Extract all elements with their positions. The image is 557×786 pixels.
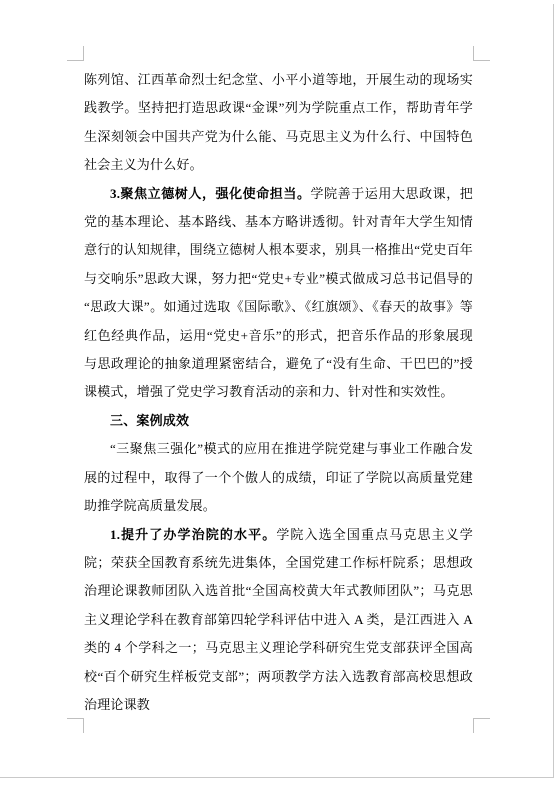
text-run: 陈列馆、江西革命烈士纪念堂、小平小道等地，开展生动的现场实践教学。坚持把打造思政… xyxy=(84,72,473,172)
paragraph: 1.提升了办学治院的水平。学院入选全国重点马克思主义学院；荣获全国教育系统先进集… xyxy=(84,521,473,720)
page-edge-bottom xyxy=(0,777,554,778)
crop-mark-top-left xyxy=(67,46,84,61)
document-page: 陈列馆、江西革命烈士纪念堂、小平小道等地，开展生动的现场实践教学。坚持把打造思政… xyxy=(0,0,557,786)
text-run: 学院入选全国重点马克思主义学院；荣获全国教育系统先进集体，全国党建工作标杆院系；… xyxy=(84,527,473,712)
crop-mark-bottom-left xyxy=(67,718,84,733)
text-run: “三聚焦三强化”模式的应用在推进学院党建与事业工作融合发展的过程中，取得了一个个… xyxy=(84,441,473,513)
crop-mark-bottom-right xyxy=(473,718,490,733)
bold-text-run: 1.提升了办学治院的水平。 xyxy=(110,527,276,542)
crop-mark-top-right xyxy=(473,46,490,61)
document-text: 陈列馆、江西革命烈士纪念堂、小平小道等地，开展生动的现场实践教学。坚持把打造思政… xyxy=(84,66,473,719)
paragraph: 3.聚焦立德树人，强化使命担当。学院善于运用大思政课，把党的基本理论、基本路线、… xyxy=(84,180,473,407)
bold-text-run: 3.聚焦立德树人，强化使命担当。 xyxy=(110,186,311,201)
text-run: 学院善于运用大思政课，把党的基本理论、基本路线、基本方略讲透彻。针对青年大学生知… xyxy=(84,186,473,400)
bold-text-run: 三、案例成效 xyxy=(110,413,189,428)
paragraph: 三、案例成效 xyxy=(84,407,473,435)
page-edge-right xyxy=(553,4,554,778)
paragraph: 陈列馆、江西革命烈士纪念堂、小平小道等地，开展生动的现场实践教学。坚持把打造思政… xyxy=(84,66,473,180)
paragraph: “三聚焦三强化”模式的应用在推进学院党建与事业工作融合发展的过程中，取得了一个个… xyxy=(84,435,473,520)
